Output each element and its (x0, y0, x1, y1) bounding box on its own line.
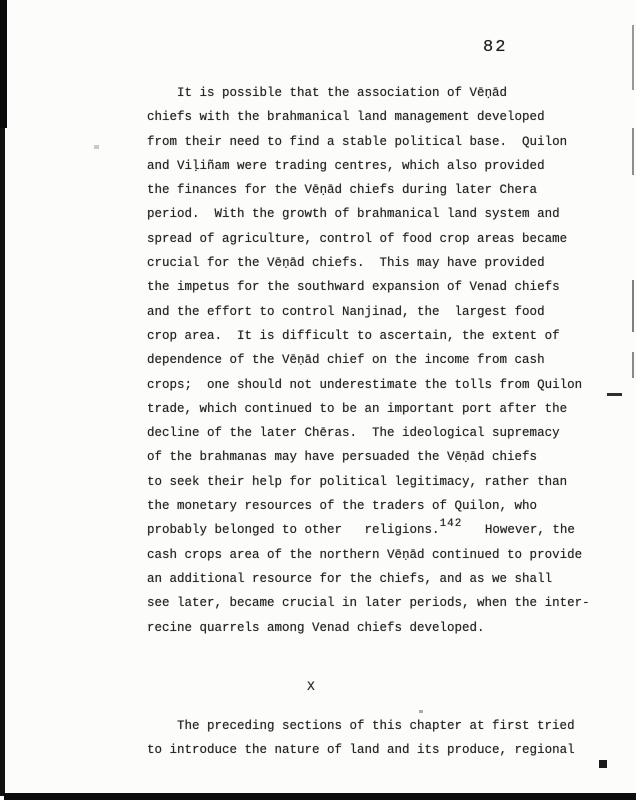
scan-edge-bottom (4, 793, 636, 800)
scan-edge-right (632, 352, 634, 378)
text-line: the finances for the Vēṇād chiefs during… (147, 178, 622, 202)
text-line: of the brahmanas may have persuaded the … (147, 445, 622, 469)
paragraph-1: It is possible that the association of V… (147, 81, 622, 640)
scan-edge-left (0, 0, 5, 796)
text-line: and the effort to control Nanjinad, the … (147, 300, 622, 324)
footnote-marker: 142 (440, 518, 463, 530)
text-line: chiefs with the brahmanical land managem… (147, 105, 622, 129)
text-line: trade, which continued to be an importan… (147, 397, 622, 421)
text-line: the impetus for the southward expansion … (147, 275, 622, 299)
text-line: dependence of the Vēṇād chief on the inc… (147, 348, 622, 372)
text-line: spread of agriculture, control of food c… (147, 227, 622, 251)
text-line: The preceding sections of this chapter a… (147, 714, 622, 738)
scan-edge-right (632, 280, 634, 332)
scan-edge-right (632, 25, 634, 90)
text-line-with-footnote: probably belonged to other religions.142… (147, 518, 622, 542)
text-line: see later, became crucial in later perio… (147, 591, 622, 615)
text-line: and Viḷiñam were trading centres, which … (147, 154, 622, 178)
text-line: to introduce the nature of land and its … (147, 738, 622, 762)
text-line: an additional resource for the chiefs, a… (147, 567, 622, 591)
text-line: to seek their help for political legitim… (147, 470, 622, 494)
page-number: 82 (483, 38, 507, 57)
text-line: decline of the later Chēras. The ideolog… (147, 421, 622, 445)
text-segment: probably belonged to other religions. (147, 523, 440, 537)
text-line: recine quarrels among Venad chiefs devel… (147, 616, 622, 640)
text-line: period. With the growth of brahmanical l… (147, 202, 622, 226)
paragraph-2: The preceding sections of this chapter a… (147, 714, 622, 763)
scanned-page: 82 It is possible that the association o… (0, 0, 636, 800)
text-line: crop area. It is difficult to ascertain,… (147, 324, 622, 348)
text-line: from their need to find a stable politic… (147, 130, 622, 154)
text-line: It is possible that the association of V… (147, 81, 622, 105)
scan-speck (419, 710, 423, 713)
text-line: the monetary resources of the traders of… (147, 494, 622, 518)
scan-edge-left-top (0, 0, 7, 128)
text-line: crucial for the Vēṇād chiefs. This may h… (147, 251, 622, 275)
scan-speck (94, 145, 99, 149)
scan-edge-right (632, 128, 634, 175)
text-line: cash crops area of the northern Vēṇād co… (147, 543, 622, 567)
text-line: crops; one should not underestimate the … (147, 373, 622, 397)
text-segment: However, the (462, 523, 575, 537)
section-marker: X (307, 679, 315, 694)
